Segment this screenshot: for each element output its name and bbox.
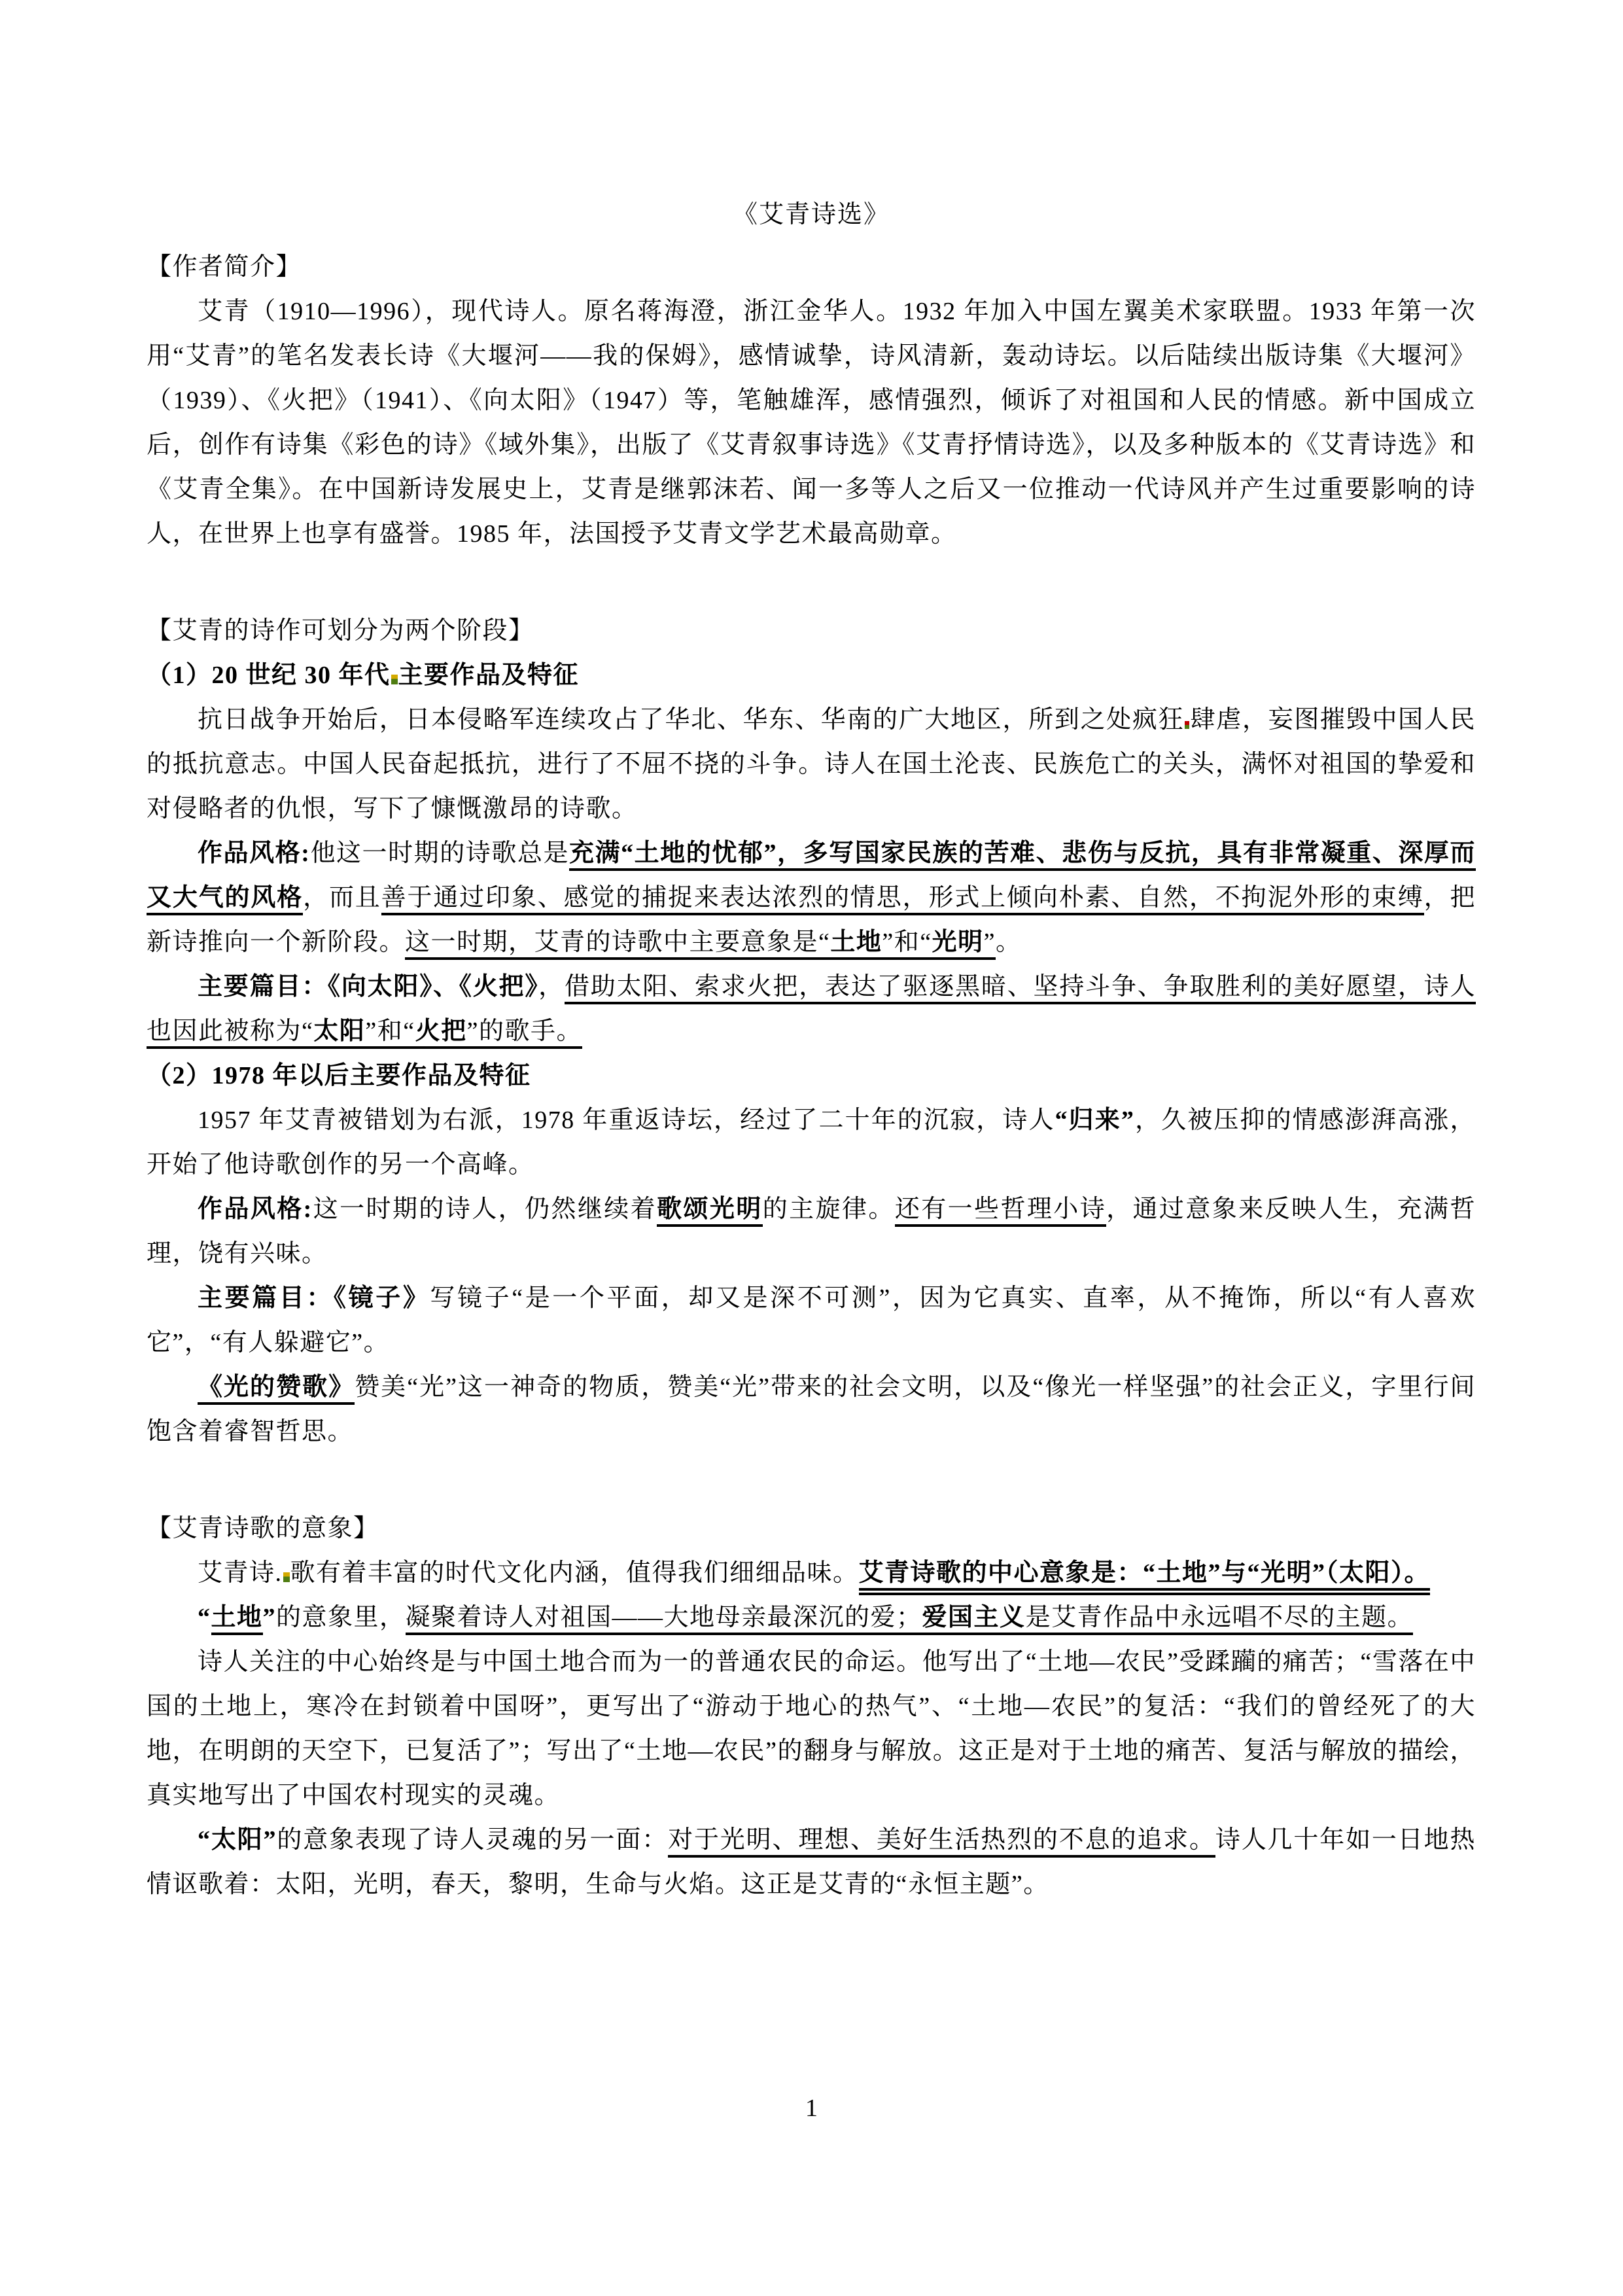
paragraph-stage2-works-mirror: 主要篇目：《镜子》写镜子“是一个平面，却又是深不可测”，因为它真实、直率，从不掩… <box>147 1276 1476 1365</box>
text-run: 艾青诗歌的中心意象是：“土地”与“光明”（太阳）。 <box>859 1559 1431 1595</box>
text-run: 太阳 <box>313 1017 365 1049</box>
text-run: 【艾青诗歌的意象】 <box>147 1515 379 1542</box>
sub-heading-stage-1: （1）20 世纪 30 年代主要作品及特征 <box>147 653 1476 698</box>
text-run: 凝聚着诗人对祖国——大地母亲最深沉的爱； <box>406 1604 922 1635</box>
text-run: 。 <box>996 928 1022 956</box>
doc-title: 《艾青诗选》 <box>147 192 1476 237</box>
paragraph-imagery-land: “土地”的意象里，凝聚着诗人对祖国——大地母亲最深沉的爱；爱国主义是艾青作品中永… <box>147 1595 1476 1640</box>
paragraph-stage2-works-ode-to-light: 《光的赞歌》赞美“光”这一神奇的物质，赞美“光”带来的社会文明，以及“像光一样坚… <box>147 1365 1476 1454</box>
spellcheck-mark-icon <box>1185 721 1189 729</box>
text-run: 【艾青的诗作可划分为两个阶段】 <box>147 617 534 645</box>
text-run: 爱国主义 <box>922 1604 1026 1635</box>
text-run: 火把 <box>415 1017 467 1049</box>
text-run: 诗人关注的中心始终是与中国土地合而为一的普通农民的命运。他写出了“土地—农民”受… <box>147 1648 1476 1809</box>
text-run: 1957 年艾青被错划为右派，1978 年重返诗坛，经过了二十年的沉寂，诗人 <box>198 1106 1055 1134</box>
text-run: 艾青诗. <box>198 1559 283 1587</box>
text-run: 是艾青作品中永远唱不尽的主题。 <box>1026 1604 1414 1635</box>
text-run: 的意象表现了诗人灵魂的另一面： <box>277 1826 668 1854</box>
paragraph-stage2-style: 作品风格:这一时期的诗人，仍然继续着歌颂光明的主旋律。还有一些哲理小诗，通过意象… <box>147 1187 1476 1276</box>
text-run: 《艾青诗选》 <box>733 201 890 228</box>
text-run: （1）20 世纪 30 年代 <box>147 662 391 689</box>
paragraph-imagery-sun: “太阳”的意象表现了诗人灵魂的另一面：对于光明、理想、美好生活热烈的不息的追求。… <box>147 1818 1476 1907</box>
text-run: 《镜子》 <box>334 1284 430 1312</box>
document-content: 《艾青诗选》【作者简介】艾青（1910—1996），现代诗人。原名蒋海澄，浙江金… <box>147 192 1476 1907</box>
text-run: 这一时期，艾青的诗歌中主要意象是“ <box>405 928 830 960</box>
text-run: ”和“ <box>882 928 932 960</box>
section-heading-author-intro: 【作者简介】 <box>147 245 1476 289</box>
text-run: 主要篇目： <box>198 1284 334 1312</box>
blank-line <box>147 1454 1476 1498</box>
text-run: ” <box>263 1604 277 1631</box>
text-run: 土地 <box>211 1604 263 1635</box>
sub-heading-stage-2: （2）1978 年以后主要作品及特征 <box>147 1053 1476 1098</box>
text-run: “归来” <box>1055 1106 1135 1134</box>
text-run: ”和“ <box>365 1017 415 1049</box>
text-run: 作品风格: <box>198 1195 313 1223</box>
text-run: ， <box>538 973 565 1000</box>
paragraph-stage1-background: 抗日战争开始后，日本侵略军连续攻占了华北、华东、华南的广大地区，所到之处疯狂肆虐… <box>147 698 1476 831</box>
text-run: 的意象里， <box>276 1604 406 1631</box>
paragraph-imagery-land-farmer: 诗人关注的中心始终是与中国土地合而为一的普通农民的命运。他写出了“土地—农民”受… <box>147 1640 1476 1818</box>
text-run: 善于通过印象、感觉的捕捉来表达浓烈的情思，形式上倾向朴素、自然，不拘泥外形的束缚 <box>381 884 1424 915</box>
paragraph-stage1-style: 作品风格:他这一时期的诗歌总是充满“土地的忧郁”，多写国家民族的苦难、悲伤与反抗… <box>147 831 1476 964</box>
text-run: （2）1978 年以后主要作品及特征 <box>147 1062 531 1089</box>
blank-line <box>147 556 1476 601</box>
text-run: 这一时期的诗人，仍然继续着 <box>313 1195 657 1223</box>
text-run: 主要篇目： <box>198 973 328 1000</box>
paragraph-imagery-intro: 艾青诗.歌有着丰富的时代文化内涵，值得我们细细品味。艾青诗歌的中心意象是：“土地… <box>147 1551 1476 1595</box>
paragraph-stage1-works: 主要篇目：《向太阳》、《火把》，借助太阳、索求火把，表达了驱逐黑暗、坚持斗争、争… <box>147 964 1476 1053</box>
text-run: ”的歌手。 <box>467 1017 582 1049</box>
text-run: 《光的赞歌》 <box>198 1373 355 1405</box>
text-run: 他这一时期的诗歌总是 <box>310 839 569 867</box>
text-run: 土地 <box>830 928 882 960</box>
section-heading-two-stages: 【艾青的诗作可划分为两个阶段】 <box>147 609 1476 653</box>
text-run: 对于光明、理想、美好生活热烈的不息的追求。 <box>668 1826 1215 1858</box>
spellcheck-mark-icon <box>391 675 398 684</box>
text-run: 光明 <box>932 928 984 960</box>
text-run: 还有一些哲理小诗 <box>895 1195 1106 1227</box>
text-run: ，而且 <box>303 884 381 911</box>
paragraph-author-bio: 艾青（1910—1996），现代诗人。原名蒋海澄，浙江金华人。1932 年加入中… <box>147 289 1476 556</box>
text-run: 【作者简介】 <box>147 253 302 281</box>
text-run: 作品风格: <box>198 839 310 867</box>
spellcheck-mark-icon <box>283 1572 290 1582</box>
page-number: 1 <box>0 2086 1623 2130</box>
document-page: 《艾青诗选》【作者简介】艾青（1910—1996），现代诗人。原名蒋海澄，浙江金… <box>0 0 1623 2296</box>
text-run: “ <box>198 1604 211 1631</box>
paragraph-stage2-background: 1957 年艾青被错划为右派，1978 年重返诗坛，经过了二十年的沉寂，诗人“归… <box>147 1098 1476 1187</box>
text-run: 歌有着丰富的时代文化内涵，值得我们细细品味。 <box>290 1559 859 1587</box>
text-run: 歌颂光明 <box>657 1195 763 1227</box>
text-run: 艾青（1910—1996），现代诗人。原名蒋海澄，浙江金华人。1932 年加入中… <box>147 298 1476 548</box>
text-run: 的主旋律。 <box>763 1195 895 1223</box>
text-run: 抗日战争开始后，日本侵略军连续攻占了华北、华东、华南的广大地区，所到之处疯狂 <box>198 706 1184 733</box>
text-run: 《向太阳》、《火把》 <box>328 973 538 1000</box>
section-heading-imagery: 【艾青诗歌的意象】 <box>147 1506 1476 1551</box>
text-run: ” <box>984 928 996 960</box>
text-run: “太阳” <box>198 1826 277 1854</box>
text-run: 主要作品及特征 <box>398 662 580 689</box>
